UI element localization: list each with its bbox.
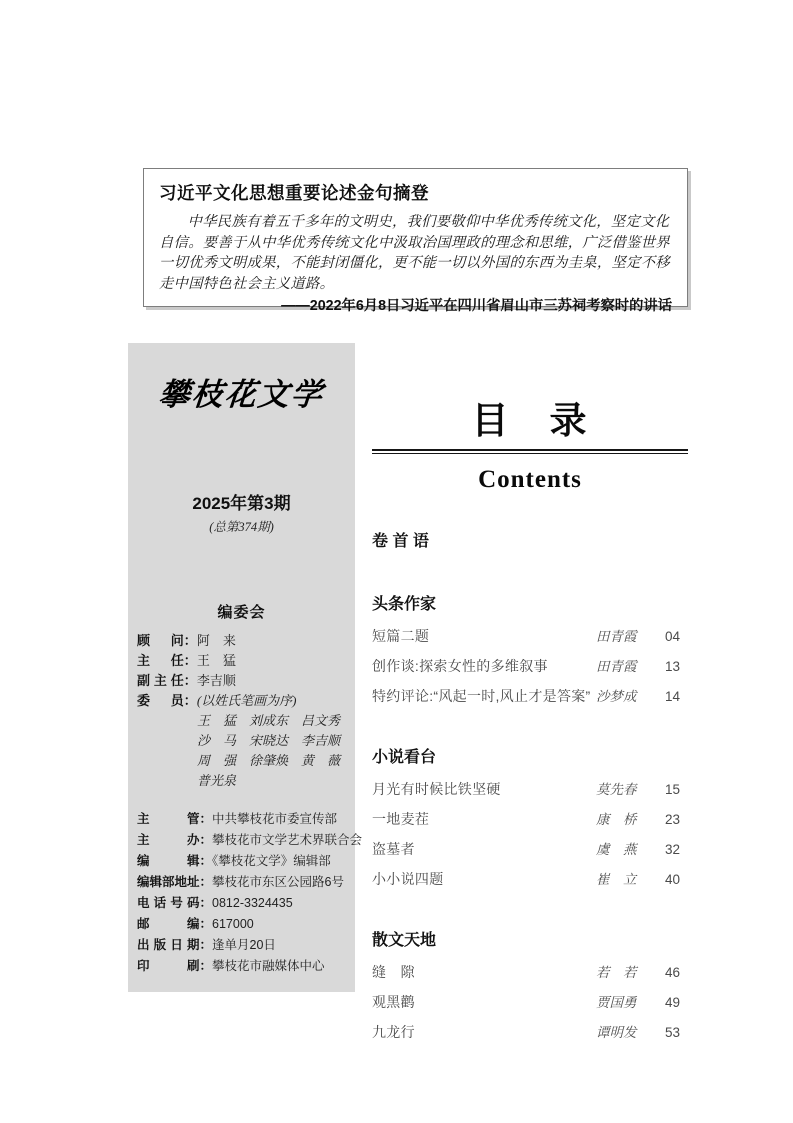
quote-title: 习近平文化思想重要论述金句摘登 (159, 180, 672, 205)
cover-panel: 攀枝花文学 2025年第3期 (总第374期) 编委会 顾问阿 来 主任王 猛 … (128, 343, 355, 992)
table-of-contents: 目 录 Contents 卷 首 语 头条作家 短篇二题 田青霞 04 创作谈:… (372, 400, 688, 1040)
publication-info: 主管中共攀枝花市委宣传部 主办攀枝花市文学艺术界联合会 编辑《攀枝花文学》编辑部… (137, 809, 353, 977)
toc-section-header: 头条作家 (372, 591, 688, 614)
toc-item-author: 田青霞 (596, 659, 642, 674)
toc-item-author: 莫先春 (596, 782, 642, 797)
toc-item-author: 贾国勇 (596, 995, 642, 1010)
info-row-label: 编辑部地址 (137, 875, 212, 889)
toc-item-page: 53 (654, 1025, 680, 1040)
toc-title-en: Contents (372, 466, 688, 494)
info-row-value: 中共攀枝花市委宣传部 (212, 812, 337, 826)
issue-total-number: (总第374期) (128, 517, 355, 535)
info-row: 邮编617000 (137, 914, 353, 935)
toc-item-title: 九龙行 (372, 1025, 596, 1040)
toc-item-page: 32 (654, 842, 680, 857)
toc-divider-thick (372, 449, 688, 451)
toc-item-author: 谭明发 (596, 1025, 642, 1040)
toc-item: 特约评论:“风起一时,风止才是答案” 沙梦成 14 (372, 689, 688, 704)
info-row: 编辑部地址攀枝花市东区公园路6号 (137, 872, 353, 893)
board-row-label: 委员 (137, 693, 197, 708)
info-row-value: 《攀枝花文学》编辑部 (212, 854, 331, 868)
info-row-value: 攀枝花市文学艺术界联合会 (212, 833, 362, 847)
member-row: 周 强 徐肇焕 黄 薇 (197, 751, 351, 771)
toc-item: 小小说四题 崔 立 40 (372, 872, 688, 887)
toc-item: 短篇二题 田青霞 04 (372, 629, 688, 644)
toc-item-author: 田青霞 (596, 629, 642, 644)
toc-item-title: 月光有时候比铁坚硬 (372, 782, 596, 797)
info-row-label: 编辑 (137, 854, 212, 868)
toc-title-cn: 目 录 (372, 400, 688, 444)
issue-number: 2025年第3期 (128, 489, 355, 514)
board-row-label: 顾问 (137, 633, 197, 648)
info-row-label: 主管 (137, 812, 212, 826)
toc-item-author: 康 桥 (596, 812, 642, 827)
info-row: 主办攀枝花市文学艺术界联合会 (137, 830, 353, 851)
info-row-value: 0812-3324435 (212, 896, 293, 910)
info-row-label: 电话号码 (137, 896, 212, 910)
board-members: 王 猛 刘成东 吕文秀 沙 马 宋晓达 李吉顺 周 强 徐肇焕 黄 薇 普光泉 (197, 711, 351, 791)
toc-item-page: 14 (654, 689, 680, 704)
toc-item-page: 23 (654, 812, 680, 827)
member-row: 普光泉 (197, 771, 351, 791)
toc-item-title: 观黑鹳 (372, 995, 596, 1010)
editorial-board-list: 顾问阿 来 主任王 猛 副主任李吉顺 委员(以姓氏笔画为序) 王 猛 刘成东 吕… (137, 631, 351, 791)
board-row: 副主任李吉顺 (137, 671, 351, 691)
toc-item-page: 46 (654, 965, 680, 980)
toc-item: 缝 隙 若 若 46 (372, 965, 688, 980)
info-row: 电话号码0812-3324435 (137, 893, 353, 914)
toc-item: 观黑鹳 贾国勇 49 (372, 995, 688, 1010)
toc-item-title: 一地麦茬 (372, 812, 596, 827)
info-row-label: 主办 (137, 833, 212, 847)
toc-item-title: 缝 隙 (372, 965, 596, 980)
toc-item-author: 沙梦成 (596, 689, 642, 704)
quote-attribution: ——2022年6月8日习近平在四川省眉山市三苏祠考察时的讲话 (159, 295, 672, 315)
toc-item-title: 短篇二题 (372, 629, 596, 644)
info-row-label: 邮编 (137, 917, 212, 931)
toc-section-header: 散文天地 (372, 927, 688, 950)
info-row-value: 逢单月20日 (212, 938, 276, 952)
toc-item: 九龙行 谭明发 53 (372, 1025, 688, 1040)
toc-item-title: 特约评论:“风起一时,风止才是答案” (372, 689, 596, 704)
magazine-title: 攀枝花文学 (126, 369, 357, 414)
info-row-value: 攀枝花市东区公园路6号 (212, 875, 344, 889)
info-row-label: 印刷 (137, 959, 212, 973)
board-row: 顾问阿 来 (137, 631, 351, 651)
member-row: 王 猛 刘成东 吕文秀 (197, 711, 351, 731)
board-row-label: 主任 (137, 653, 197, 668)
board-row: 委员(以姓氏笔画为序) (137, 691, 351, 711)
board-row: 主任王 猛 (137, 651, 351, 671)
toc-item-author: 若 若 (596, 965, 642, 980)
quote-box: 习近平文化思想重要论述金句摘登 中华民族有着五千多年的文明史，我们要敬仰中华优秀… (143, 168, 688, 307)
member-row: 沙 马 宋晓达 李吉顺 (197, 731, 351, 751)
toc-item-page: 13 (654, 659, 680, 674)
info-row: 印刷攀枝花市融媒体中心 (137, 956, 353, 977)
toc-item-author: 崔 立 (596, 872, 642, 887)
toc-item-page: 49 (654, 995, 680, 1010)
toc-item-page: 15 (654, 782, 680, 797)
toc-item: 盗墓者 虞 燕 32 (372, 842, 688, 857)
info-row-value: 617000 (212, 917, 254, 931)
board-row-value: 阿 来 (197, 633, 236, 648)
board-row-label: 副主任 (137, 673, 197, 688)
toc-item-author: 虞 燕 (596, 842, 642, 857)
toc-lead-section: 卷 首 语 (372, 528, 688, 551)
info-row-label: 出版日期 (137, 938, 212, 952)
info-row: 主管中共攀枝花市委宣传部 (137, 809, 353, 830)
toc-item-title: 创作谈:探索女性的多维叙事 (372, 659, 596, 674)
toc-section-header: 小说看台 (372, 744, 688, 767)
toc-item: 创作谈:探索女性的多维叙事 田青霞 13 (372, 659, 688, 674)
toc-item: 一地麦茬 康 桥 23 (372, 812, 688, 827)
board-row-value: 李吉顺 (197, 673, 236, 688)
toc-item-page: 04 (654, 629, 680, 644)
toc-item-title: 盗墓者 (372, 842, 596, 857)
toc-item-title: 小小说四题 (372, 872, 596, 887)
info-row-value: 攀枝花市融媒体中心 (212, 959, 325, 973)
toc-item-page: 40 (654, 872, 680, 887)
editorial-board-title: 编委会 (128, 601, 355, 622)
info-row: 编辑《攀枝花文学》编辑部 (137, 851, 353, 872)
quote-body: 中华民族有着五千多年的文明史，我们要敬仰中华优秀传统文化，坚定文化自信。要善于从… (159, 212, 672, 294)
toc-item: 月光有时候比铁坚硬 莫先春 15 (372, 782, 688, 797)
info-row: 出版日期逢单月20日 (137, 935, 353, 956)
board-row-value: 王 猛 (197, 653, 236, 668)
toc-divider-thin (372, 453, 688, 454)
board-row-value: (以姓氏笔画为序) (197, 693, 297, 708)
